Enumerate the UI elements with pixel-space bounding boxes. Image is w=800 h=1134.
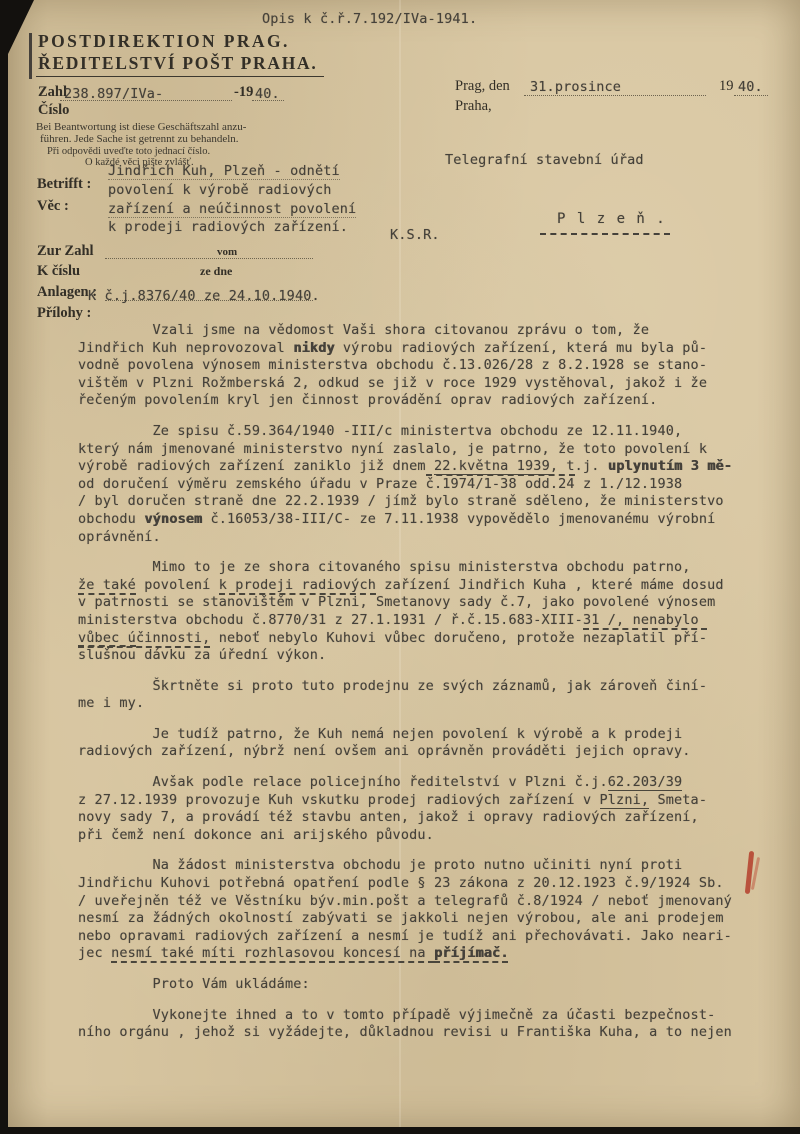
body-line: novy sady 7, a provádí též stavbu anten,…: [78, 809, 758, 827]
ksr-mark: K.S.R.: [390, 227, 440, 243]
body-paragraph: Na žádost ministerstva obchodu je proto …: [78, 857, 758, 963]
body-paragraph: Je tudíž patrno, že Kuh nemá nejen povol…: [78, 726, 758, 761]
body-line: jec nesmí také míti rozhlasovou koncesí …: [78, 945, 758, 963]
body-line: / byl doručen straně dne 22.2.1939 / jím…: [78, 493, 758, 511]
recipient-city: P l z e ň .: [557, 211, 666, 227]
body-line: obchodu výnosem č.16053/38-III/C- ze 7.1…: [78, 511, 758, 529]
vom-label: vom: [217, 246, 237, 258]
body-line: radiových zařízení, nýbrž není ovšem ani…: [78, 743, 758, 761]
prag-den-label: Prag, den: [455, 78, 510, 95]
recipient-office: Telegrafní stavební úřad: [445, 152, 644, 168]
subject-line: k prodeji radiových zařízení.: [108, 219, 348, 235]
body-line: řečeným povolením kryl jen činnost prová…: [78, 392, 758, 410]
dotted-leader: [60, 100, 232, 101]
year-printed-prefix: -19: [234, 84, 253, 101]
body-line: me i my.: [78, 695, 758, 713]
body-line: Proto Vám ukládáme:: [78, 976, 758, 994]
body-line: Mimo to je ze shora citovaného spisu min…: [78, 559, 758, 577]
body-paragraph: Mimo to je ze shora citovaného spisu min…: [78, 559, 758, 665]
dotted-leader: [252, 100, 284, 101]
body-line: Ze spisu č.59.364/1940 -III/c ministertv…: [78, 423, 758, 441]
body-line: Avšak podle relace policejního ředitelst…: [78, 774, 758, 792]
body-paragraph: Avšak podle relace policejního ředitelst…: [78, 774, 758, 844]
body-line: který nám jmenované ministerstvo nyní za…: [78, 441, 758, 459]
dotted-leader: [105, 258, 313, 259]
body-line: Jindřich Kuh neprovozoval nikdy výrobu r…: [78, 340, 758, 358]
body-line: ministerstva obchodu č.8770/31 z 27.1.19…: [78, 612, 758, 630]
year-printed: 19: [719, 78, 734, 95]
subject-line: povolení k výrobě radiových: [108, 182, 332, 198]
body-line: od doručení výměru zemského úřadu v Praz…: [78, 476, 758, 494]
letterhead-underline: [36, 76, 324, 77]
zur-zahl-label: Zur Zahl: [37, 243, 94, 260]
body-paragraph: Ze spisu č.59.364/1940 -III/c ministertv…: [78, 423, 758, 546]
note-czech-line1: Při odpovědi uveďte toto jednací číslo.: [47, 146, 210, 157]
body-paragraph: Vykonejte ihned a to v tomto případě výj…: [78, 1007, 758, 1042]
ze-dne-label: ze dne: [200, 264, 232, 279]
letterhead-org-german: POSTDIREKTION PRAG.: [38, 31, 290, 52]
body-line: vištěm v Plzni Rožmberská 2, odkud se ji…: [78, 375, 758, 393]
body-paragraph: Vzali jsme na vědomost Vaši shora citova…: [78, 322, 758, 410]
letterhead-bracket-line: [29, 33, 32, 79]
praha-label: Praha,: [455, 98, 492, 115]
body-line: Je tudíž patrno, že Kuh nemá nejen povol…: [78, 726, 758, 744]
zahl-label: Zahl: [38, 84, 67, 101]
body-line: že také povolení k prodeji radiových zař…: [78, 577, 758, 595]
cislo-label: Číslo: [38, 102, 69, 119]
body-line: / uveřejněn též ve Věstníku býv.min.pošt…: [78, 893, 758, 911]
dotted-leader: [734, 95, 768, 96]
prilohy-label: Přílohy :: [37, 305, 91, 322]
body-line: vodně povolena výnosem ministerstva obch…: [78, 357, 758, 375]
body-paragraph: Proto Vám ukládáme:: [78, 976, 758, 994]
body-paragraph: Škrtněte si proto tuto prodejnu ze svých…: [78, 678, 758, 713]
note-german-line2: führen. Jede Sache ist getrennt zu behan…: [40, 133, 239, 145]
subject-line: Jindřich Kuh, Plzeň - odnětí: [108, 163, 340, 180]
body-line: Na žádost ministerstva obchodu je proto …: [78, 857, 758, 875]
copy-reference: Opis k č.ř.7.192/IVa-1941.: [262, 11, 477, 27]
body-line: v patrnosti se stanovištěm v Plzni, Smet…: [78, 594, 758, 612]
year-typed-right: 40.: [738, 79, 763, 95]
reference-line: K č.j.8376/40 ze 24.10.1940.: [88, 288, 320, 304]
body-line: slušnou dávku za úřední výkon.: [78, 647, 758, 665]
letterhead-org-czech: ŘEDITELSTVÍ POŠT PRAHA.: [38, 53, 317, 74]
dotted-leader: [524, 95, 706, 96]
body-text: Vzali jsme na vědomost Vaši shora citova…: [78, 322, 758, 1055]
betrifft-label: Betrifft :: [37, 176, 91, 193]
body-line: nesmí za žádných okolností zabývati se j…: [78, 910, 758, 928]
body-line: Jindřichu Kuhovi potřebná opatření podle…: [78, 875, 758, 893]
note-german-line1: Bei Beantwortung ist diese Geschäftszahl…: [36, 121, 246, 133]
body-line: Vykonejte ihned a to v tomto případě výj…: [78, 1007, 758, 1025]
body-line: nebo opravami radiových zařízení a nesmí…: [78, 928, 758, 946]
body-line: oprávnění.: [78, 529, 758, 547]
document-page: Opis k č.ř.7.192/IVa-1941. POSTDIREKTION…: [0, 0, 800, 1134]
body-line: ního orgánu , jehož si vyžádejte, důklad…: [78, 1024, 758, 1042]
body-line: při čemž není dokonce ani arijského půvo…: [78, 827, 758, 845]
city-dashed-underline: [540, 233, 670, 235]
body-line: z 27.12.1939 provozuje Kuh vskutku prode…: [78, 792, 758, 810]
body-line: Vzali jsme na vědomost Vaši shora citova…: [78, 322, 758, 340]
body-line: vůbec účinnosti, neboť nebylo Kuhovi vůb…: [78, 630, 758, 648]
vec-label: Věc :: [37, 198, 69, 215]
body-line: výrobě radiových zařízení zaniklo již dn…: [78, 458, 758, 476]
date-typed: 31.prosince: [530, 79, 621, 95]
subject-line: zařízení a neúčinnost povolení: [108, 201, 356, 218]
body-line: Škrtněte si proto tuto prodejnu ze svých…: [78, 678, 758, 696]
k-cislu-label: K číslu: [37, 263, 80, 280]
